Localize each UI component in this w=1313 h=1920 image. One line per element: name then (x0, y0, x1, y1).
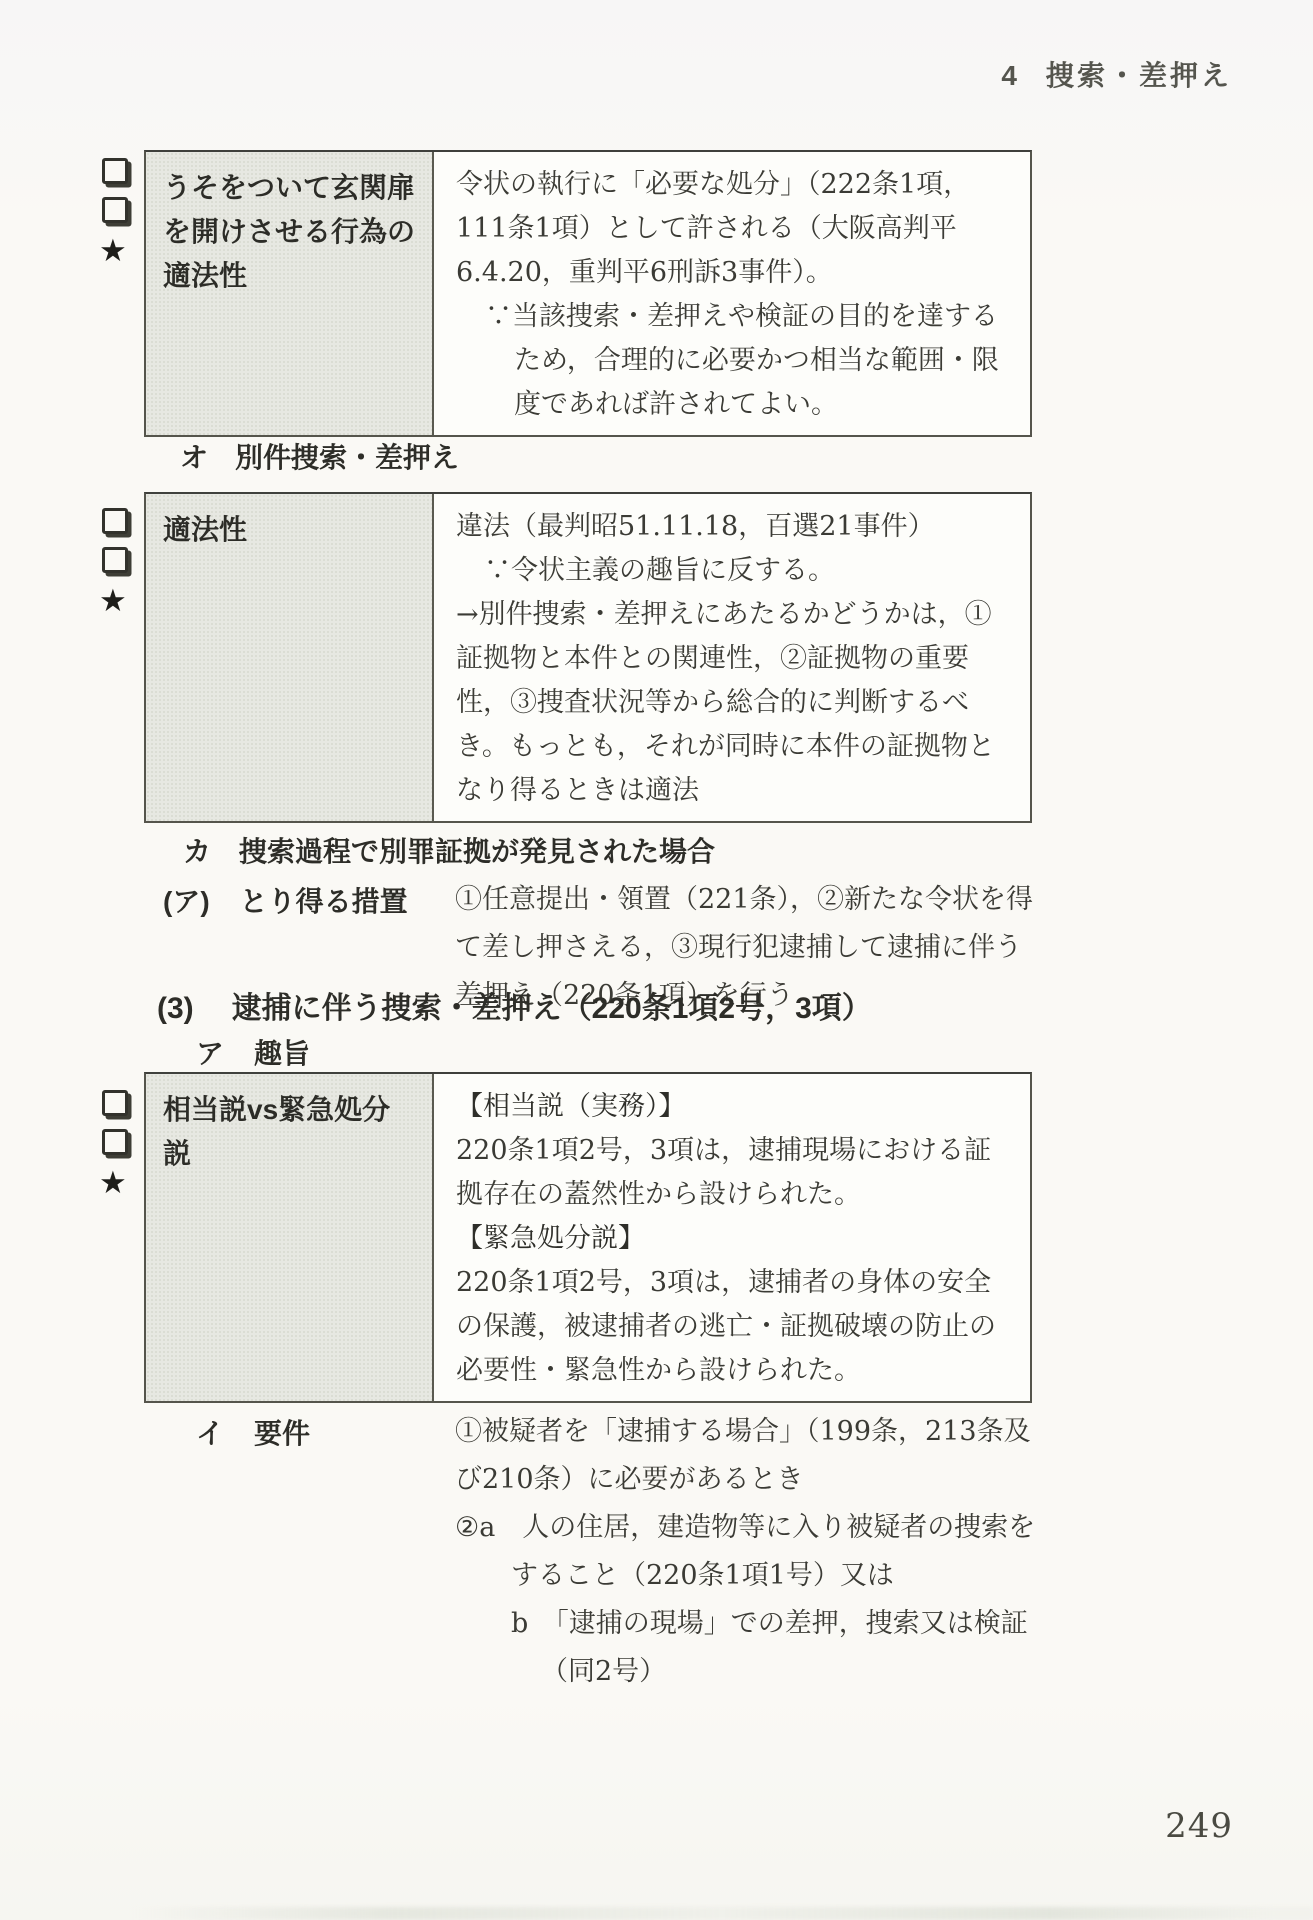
body-paragraph: 令状の執行に「必要な処分」（222条1項，111条1項）として許される（大阪高判… (456, 163, 1010, 295)
requirements-content: ①被疑者を「逮捕する場合」（199条，213条及び210条）に必要があるとき ②… (455, 1408, 1047, 1696)
study-markers-3: ★ (101, 1090, 141, 1198)
heading-kana: ア (196, 1032, 224, 1072)
table-row-header: 相当説vs緊急処分説 (146, 1074, 434, 1401)
table-row-body: 令状の執行に「必要な処分」（222条1項，111条1項）として許される（大阪高判… (434, 152, 1030, 435)
table-tekihousei: 適法性 違法（最判昭51.11.18，百選21事件） ∵令状主義の趣旨に反する。… (144, 492, 1032, 823)
requirement-item: ②a 人の住居，建造物等に入り被疑者の捜索をすること（220条1項1号）又は (455, 1504, 1047, 1600)
heading-kana: オ (180, 436, 208, 476)
page-number: 249 (1165, 1806, 1233, 1846)
body-paragraph: 違法（最判昭51.11.18，百選21事件） (456, 505, 1010, 549)
heading-kana: カ (183, 830, 211, 870)
theory-heading: 【相当説（実務）】 (456, 1085, 1010, 1129)
requirement-item: ①被疑者を「逮捕する場合」（199条，213条及び210条）に必要があるとき (455, 1408, 1047, 1504)
study-markers-2: ★ (101, 508, 141, 616)
heading-o: オ別件捜索・差押え (180, 436, 459, 476)
table-row-header: 適法性 (146, 494, 434, 821)
requirements-label: イ要件 (196, 1412, 310, 1452)
star-icon: ★ (99, 586, 141, 616)
measures-label: (ア)とり得る措置 (163, 880, 408, 920)
heading-title: 別件捜索・差押え (235, 436, 459, 476)
checkbox-icon (102, 1129, 128, 1155)
table-row-header: うそをついて玄関扉を開けさせる行為の適法性 (146, 152, 434, 435)
theory-heading: 【緊急処分説】 (456, 1217, 1010, 1261)
checkbox-icon (102, 197, 128, 223)
requirement-item: b 「逮捕の現場」での差押，捜索又は検証（同2号） (455, 1600, 1047, 1696)
requirements-title: 要件 (254, 1418, 310, 1449)
measures-title: とり得る措置 (240, 886, 408, 917)
chapter-number: 4 (1001, 60, 1020, 91)
requirements-kana: イ (196, 1418, 224, 1449)
checkbox-icon (102, 1090, 128, 1116)
star-icon: ★ (99, 1168, 141, 1198)
body-paragraph: →別件捜索・差押えにあたるかどうかは，①証拠物と本件との関連性，②証拠物の重要性… (456, 593, 1010, 813)
table-row-body: 違法（最判昭51.11.18，百選21事件） ∵令状主義の趣旨に反する。 →別件… (434, 494, 1030, 821)
heading-3: (3)逮捕に伴う捜索・差押え（220条1項2号，3項） (157, 983, 872, 1027)
body-paragraph: 220条1項2号，3項は，逮捕者の身体の安全の保護，被逮捕者の逃亡・証拠破壊の防… (456, 1261, 1010, 1393)
checkbox-icon (102, 508, 128, 534)
because-paragraph: ∵令状主義の趣旨に反する。 (456, 549, 1010, 593)
heading-title: 逮捕に伴う捜索・差押え（220条1項2号，3項） (232, 983, 872, 1027)
chapter-header: 4捜索・差押え (1001, 54, 1232, 94)
heading-ka: カ捜索過程で別罪証拠が発見された場合 (183, 830, 715, 870)
checkbox-icon (102, 158, 128, 184)
heading-title: 趣旨 (254, 1032, 310, 1072)
heading-title: 捜索過程で別罪証拠が発見された場合 (239, 830, 715, 870)
checkbox-icon (102, 547, 128, 573)
heading-a: ア趣旨 (196, 1032, 310, 1072)
heading-number: (3) (157, 992, 194, 1026)
chapter-title: 捜索・差押え (1046, 60, 1232, 91)
scan-edge-artifact (0, 1907, 1313, 1920)
because-paragraph: ∵当該捜索・差押えや検証の目的を達するため，合理的に必要かつ相当な範囲・限度であ… (456, 295, 1010, 427)
textbook-page: 4捜索・差押え ★ うそをついて玄関扉を開けさせる行為の適法性 令状の執行に「必… (0, 0, 1313, 1920)
measures-number: (ア) (163, 886, 210, 917)
table-row-body: 【相当説（実務）】 220条1項2号，3項は，逮捕現場における証拠存在の蓋然性か… (434, 1074, 1030, 1401)
table-soutousetsu: 相当説vs緊急処分説 【相当説（実務）】 220条1項2号，3項は，逮捕現場にお… (144, 1072, 1032, 1403)
star-icon: ★ (99, 236, 141, 266)
table-genkan-door: うそをついて玄関扉を開けさせる行為の適法性 令状の執行に「必要な処分」（222条… (144, 150, 1032, 437)
body-paragraph: 220条1項2号，3項は，逮捕現場における証拠存在の蓋然性から設けられた。 (456, 1129, 1010, 1217)
study-markers-1: ★ (101, 158, 141, 266)
